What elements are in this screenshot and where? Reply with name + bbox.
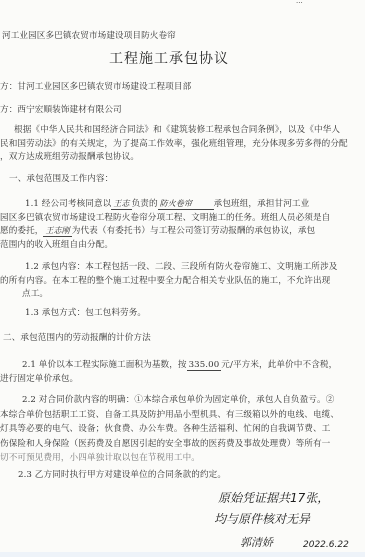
- item-1-1-prefix: 1.1 经公司考核同意以: [25, 199, 111, 209]
- item-2-1-line-1: 2.1 单价以本工程实际施工面积为基数，按335.00元/平方米，此单价中不含税…: [22, 358, 337, 371]
- item-2-1-prefix: 2.1 单价以本工程实际施工面积为基数，按: [22, 360, 187, 370]
- item-2-1-line-2: 进行固定单价承包。: [0, 372, 78, 384]
- item-1-2-line-1: 1.2 承包内容：本工程包括一段、二段、三段所有防火卷帘施工、文明施工所涉及: [25, 260, 337, 272]
- item-1-1-line3-suffix: 为代表（有委托书）与工程公司签订劳动报酬的承包协议，承包: [72, 226, 315, 236]
- handwritten-signature: 郭清娇: [240, 534, 273, 550]
- item-1-1-line-1: 1.1 经公司考核同意以王志负责的防火卷帘承包班组，承担甘河工业: [25, 197, 309, 210]
- party-a: 方：甘河工业园区多巴镇农贸市场建设工程项目部: [0, 80, 191, 92]
- document-page: ... 河工业园区多巴镇农贸市场建设项目防火卷帘 工程施工承包协议 方：甘河工业…: [0, 0, 365, 552]
- header-line: 河工业园区多巴镇农贸市场建设项目防火卷帘: [2, 29, 176, 41]
- item-1-1-line3-prefix: 愿的委托，: [0, 226, 43, 236]
- section-2-heading: 二、承包范围内的劳动报酬的计价方法: [3, 331, 151, 343]
- document-title: 工程施工承包协议: [109, 48, 229, 68]
- preamble-line-2: 民和国劳动法》的有关规定，为了提高工作效率，强化班组管理，充分体现多劳多得的分配: [0, 137, 348, 149]
- bottom-strip: [0, 552, 365, 557]
- corner-mark: ...: [296, 0, 303, 5]
- preamble-line-1: 根据《中华人民共和国经济合同法》和《建筑装修工程承包合同条例》，以及《中华人: [14, 123, 340, 135]
- item-2-2-line-2: 本综合单价包括职工工资、自备工具及防护用品小型机具、有三级箱以外的电线、电缆、: [0, 408, 339, 420]
- item-2-2-line-3: 灯具等必要的电气、设备；伙食费、办公车费。各种生活福利、忙闲的自我调节费、工: [0, 422, 330, 434]
- item-2-1-suffix: 元/平方米，此单价中不含税，: [221, 360, 337, 370]
- item-2-2-line-5: 切不可预见费用，小四单独计取以包在节税用工中。: [0, 451, 200, 463]
- handwritten-team: 防火卷帘: [158, 198, 214, 210]
- item-1-1-suffix: 承包班组，承担甘河工业: [214, 199, 310, 209]
- preamble-line-3: ，双方达成班组劳动报酬承包协议。: [0, 150, 139, 162]
- unit-price: 335.00: [187, 360, 222, 371]
- party-b: 方：西宁宏順装饰建材有限公司: [0, 103, 122, 115]
- item-2-3: 2.3 乙方同时执行甲方对建设单位的合同条款的约定。: [18, 468, 226, 480]
- handwritten-name-2: 王志刚: [43, 225, 71, 237]
- item-2-2-line-4: 伤保险和人身保险（医药费及自愿因引起的安全事故的医药费及事故处理费）等所有一: [0, 437, 330, 449]
- item-1-1-line-3: 愿的委托，王志刚为代表（有委托书）与工程公司签订劳动报酬的承包协议，承包: [0, 224, 315, 237]
- handwritten-note-line-2: 均与原件核对无异: [214, 510, 310, 527]
- handwritten-name-1: 王志: [111, 198, 131, 210]
- handwritten-date: 2022.6.22: [303, 540, 349, 550]
- section-1-heading: 一、承包范围及工作内容：: [9, 172, 113, 184]
- item-1-1-line-4: 范围内的收入班组自由分配。: [0, 238, 113, 250]
- handwritten-note-line-1: 原始凭证据共17张，: [218, 489, 329, 506]
- item-1-2-line-2: 的所有内容。在本工程的整个施工过程中要全力配合相关专业队伍的施工，不允许出现: [0, 274, 330, 286]
- item-1-1-mid: 负责的: [132, 199, 158, 209]
- item-1-2-line-3: 点工。: [22, 287, 48, 299]
- item-1-1-line-2: 园区多巴镇农贸市场建设工程防火卷帘分项工程、文明施工的任务。班组人员必须是自: [0, 211, 330, 223]
- item-1-3: 1.3 承包方式：包工包料劳务。: [25, 306, 146, 318]
- item-2-2-line-1: 2.2 对合同价款内容的明确：①本综合承包单价为固定单价，承包人自负盈亏。②: [22, 393, 334, 405]
